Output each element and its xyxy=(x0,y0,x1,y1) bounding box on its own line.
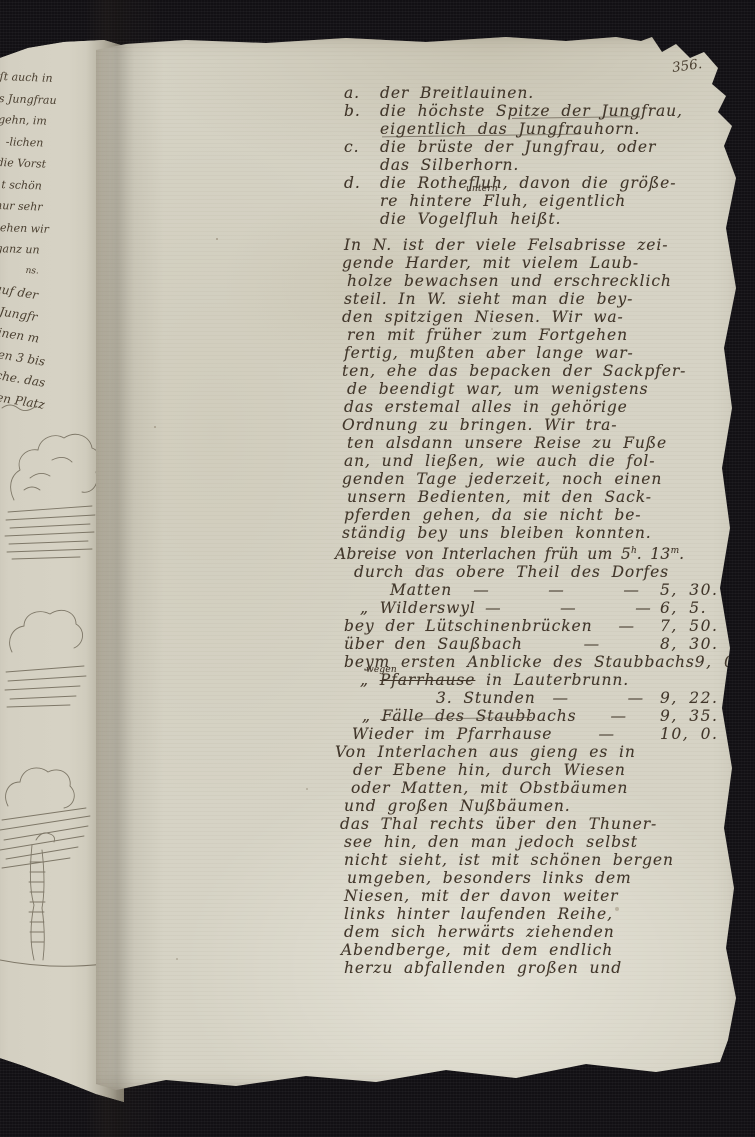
verso-fragment-line: sehen wir xyxy=(0,216,41,239)
verso-fragment-line: -lichen xyxy=(0,130,44,153)
stop-time: 9, 22. xyxy=(660,689,726,707)
list-label: b. xyxy=(344,102,380,120)
list-label xyxy=(344,120,380,138)
departure-note: Abreise von Interlachen früh um 5h. 13m.… xyxy=(344,542,740,581)
recto-page: 356. a.der Breitlauinen. b.die höchste S… xyxy=(96,28,754,1096)
sketch-hatching xyxy=(0,808,90,868)
interlinear-insertion: wegen xyxy=(366,661,397,679)
sketch-tree-crown xyxy=(6,768,75,808)
minute-superscript: m xyxy=(671,546,680,556)
itinerary-row: Matten— — —5, 30. xyxy=(344,581,740,599)
sketch-ground-line xyxy=(0,960,104,966)
manuscript-line: steil. In W. sieht man die bey- xyxy=(344,290,740,308)
manuscript-line: Von Interlachen aus gieng es in xyxy=(335,743,740,761)
manuscript-text-column: a.der Breitlauinen. b.die höchste Spitze… xyxy=(344,84,740,977)
book-scan: ſt auch in s Jungfrau gehn, im -lichen d… xyxy=(0,0,755,1137)
stop-name: Wieder im Pfarrhause xyxy=(344,725,552,743)
itinerary-row: bey der Lütschinenbrücken—7, 50. xyxy=(344,617,740,635)
list-text: die Rothefluh, davon die größe- xyxy=(380,174,740,192)
peak-list: a.der Breitlauinen. b.die höchste Spitze… xyxy=(344,84,740,228)
verso-fragment-line: t schön xyxy=(0,173,42,196)
itinerary-row: über den Saußbach—8, 30. xyxy=(344,635,740,653)
manuscript-line: herzu abfallenden großen und xyxy=(344,959,740,977)
journal-paragraph-1: In N. ist der viele Felsabrisse zei- gen… xyxy=(344,236,740,542)
stop-name: Matten xyxy=(344,581,452,599)
leader-dashes: — xyxy=(592,617,660,635)
stop-time: 8, 30. xyxy=(660,635,726,653)
manuscript-line: see hin, den man jedoch selbst xyxy=(344,833,740,851)
leader-dashes: — — — xyxy=(452,581,660,599)
manuscript-line: In N. ist der viele Felsabrisse zei- xyxy=(344,236,740,254)
list-line: das Silberhorn. xyxy=(344,156,740,174)
verso-fragment-line: gehn, im xyxy=(0,109,44,132)
stop-name: „ Wilderswyl xyxy=(344,599,476,617)
manuscript-line: an, und ließen, wie auch die fol- xyxy=(344,452,740,470)
interlinear-insertion: untern xyxy=(466,180,498,198)
stop-name-rest: in Lauterbrunn. xyxy=(475,671,629,689)
manuscript-line: umgeben, besonders links dem xyxy=(347,869,740,887)
itinerary-row: Wieder im Pfarrhause—10, 0. xyxy=(344,725,740,743)
manuscript-line: unsern Bedienten, mit den Sack- xyxy=(347,488,740,506)
verso-text-fragments: ſt auch in s Jungfrau gehn, im -lichen d… xyxy=(0,66,46,411)
list-label xyxy=(344,192,380,210)
departure-text: . xyxy=(679,545,684,563)
leader-dashes: — — xyxy=(536,689,660,707)
manuscript-line: Niesen, mit der davon weiter xyxy=(344,887,740,905)
sketch-hatching xyxy=(5,506,95,559)
list-text: re hintere Fluh, eigentlich xyxy=(380,192,740,210)
stop-time: 10, 0. xyxy=(660,725,726,743)
verso-fragment-line: ſt auch in xyxy=(0,66,46,89)
manuscript-line: ten alsdann unsere Reise zu Fuße xyxy=(347,434,740,452)
manuscript-line: oder Matten, mit Obstbäumen xyxy=(351,779,740,797)
stop-name: „ Fälle des Staubbachs xyxy=(344,707,576,725)
list-text: die Vogelfluh heißt. xyxy=(380,210,740,228)
stop-time: 9, 0. xyxy=(695,653,755,671)
manuscript-line: pferden gehen, da sie nicht be- xyxy=(344,506,740,524)
leader-dashes: — xyxy=(576,707,660,725)
journal-paragraph-2: Von Interlachen aus gieng es in der Eben… xyxy=(344,743,740,977)
list-line: a.der Breitlauinen. xyxy=(344,84,740,102)
list-text: die brüste der Jungfrau, oder xyxy=(380,138,740,156)
leader-dashes: — xyxy=(552,725,660,743)
verso-fragment-line: ganz un xyxy=(0,238,40,261)
paper-specks xyxy=(96,28,98,30)
manuscript-line: ständig bey uns bleiben konnten. xyxy=(342,524,740,542)
manuscript-line: holze bewachsen und erschrecklich xyxy=(347,272,740,290)
manuscript-line: durch das obere Theil des Dorfes xyxy=(354,563,740,581)
manuscript-line: Abendberge, mit dem endlich xyxy=(341,941,740,959)
sketch-hatching xyxy=(5,666,86,707)
sketch-tree-crown xyxy=(10,610,83,652)
sketch-crown-scribble xyxy=(24,457,72,490)
itinerary-row-corrected: wegen „ Pfarrhause in Lauterbrunn. xyxy=(344,671,740,689)
list-label xyxy=(344,156,380,174)
list-label: d. xyxy=(344,174,380,192)
list-line: c.die brüste der Jungfrau, oder xyxy=(344,138,740,156)
list-label: c. xyxy=(344,138,380,156)
manuscript-line: links hinter laufenden Reihe, xyxy=(344,905,740,923)
stop-time: 6, 5. xyxy=(660,599,726,617)
leader-dashes: — — — xyxy=(476,599,660,617)
list-line: die Vogelfluh heißt. xyxy=(344,210,740,228)
departure-time-line: Abreise von Interlachen früh um 5h. 13m. xyxy=(335,542,740,563)
itinerary-row: „ Wilderswyl— — —6, 5. xyxy=(344,599,740,617)
departure-text: . 13 xyxy=(637,545,671,563)
verso-fragment-line: s Jungfrau xyxy=(0,87,45,110)
stop-time: 7, 50. xyxy=(660,617,726,635)
sketch-squiggle xyxy=(2,405,36,411)
manuscript-line: dem sich herwärts ziehenden xyxy=(344,923,740,941)
itinerary-row: 3. Stunden— —9, 22. xyxy=(344,689,740,707)
manuscript-line: ren mit früher zum Fortgehen xyxy=(347,326,740,344)
list-text: das Silberhorn. xyxy=(380,156,740,174)
stop-name: 3. Stunden xyxy=(344,689,536,707)
manuscript-line: nicht sieht, ist mit schönen bergen xyxy=(344,851,740,869)
stop-time: 9, 35. xyxy=(660,707,726,725)
manuscript-line: und großen Nußbäumen. xyxy=(344,797,740,815)
manuscript-line: der Ebene hin, durch Wiesen xyxy=(353,761,740,779)
itinerary-row: „ Fälle des Staubbachs—9, 35. xyxy=(344,707,740,725)
verso-fragment-line: nur sehr xyxy=(0,195,41,218)
verso-fragment-line: ns. xyxy=(0,259,39,282)
manuscript-line: fertig, mußten aber lange war- xyxy=(344,344,740,362)
list-label xyxy=(344,210,380,228)
manuscript-line: de beendigt war, um wenigstens xyxy=(347,380,740,398)
stop-name: bey der Lütschinenbrücken xyxy=(344,617,592,635)
manuscript-line: den spitzigen Niesen. Wir wa- xyxy=(342,308,740,326)
manuscript-line: genden Tage jederzeit, noch einen xyxy=(342,470,740,488)
page-number: 356. xyxy=(671,56,703,76)
leader-dashes: — xyxy=(523,635,660,653)
list-text: der Breitlauinen. xyxy=(380,84,740,102)
manuscript-line: ten, ehe das bepacken der Sackpfer- xyxy=(342,362,740,380)
list-line: re hintere Fluh, eigentlich xyxy=(344,192,740,210)
manuscript-line: das erstemal alles in gehörige xyxy=(344,398,740,416)
manuscript-line: Ordnung zu bringen. Wir tra- xyxy=(342,416,740,434)
stop-time: 5, 30. xyxy=(660,581,726,599)
manuscript-line: das Thal rechts über den Thuner- xyxy=(340,815,740,833)
verso-fragment-line: die Vorst xyxy=(0,152,43,175)
stop-name: über den Saußbach xyxy=(344,635,523,653)
manuscript-line: gende Harder, mit vielem Laub- xyxy=(342,254,740,272)
itinerary-row: beym ersten Anblicke des Staubbachs9, 0. xyxy=(344,653,740,671)
departure-text: Abreise von Interlachen früh um 5 xyxy=(335,545,631,563)
list-label: a. xyxy=(344,84,380,102)
list-line: d.die Rothefluh, davon die größe- xyxy=(344,174,740,192)
